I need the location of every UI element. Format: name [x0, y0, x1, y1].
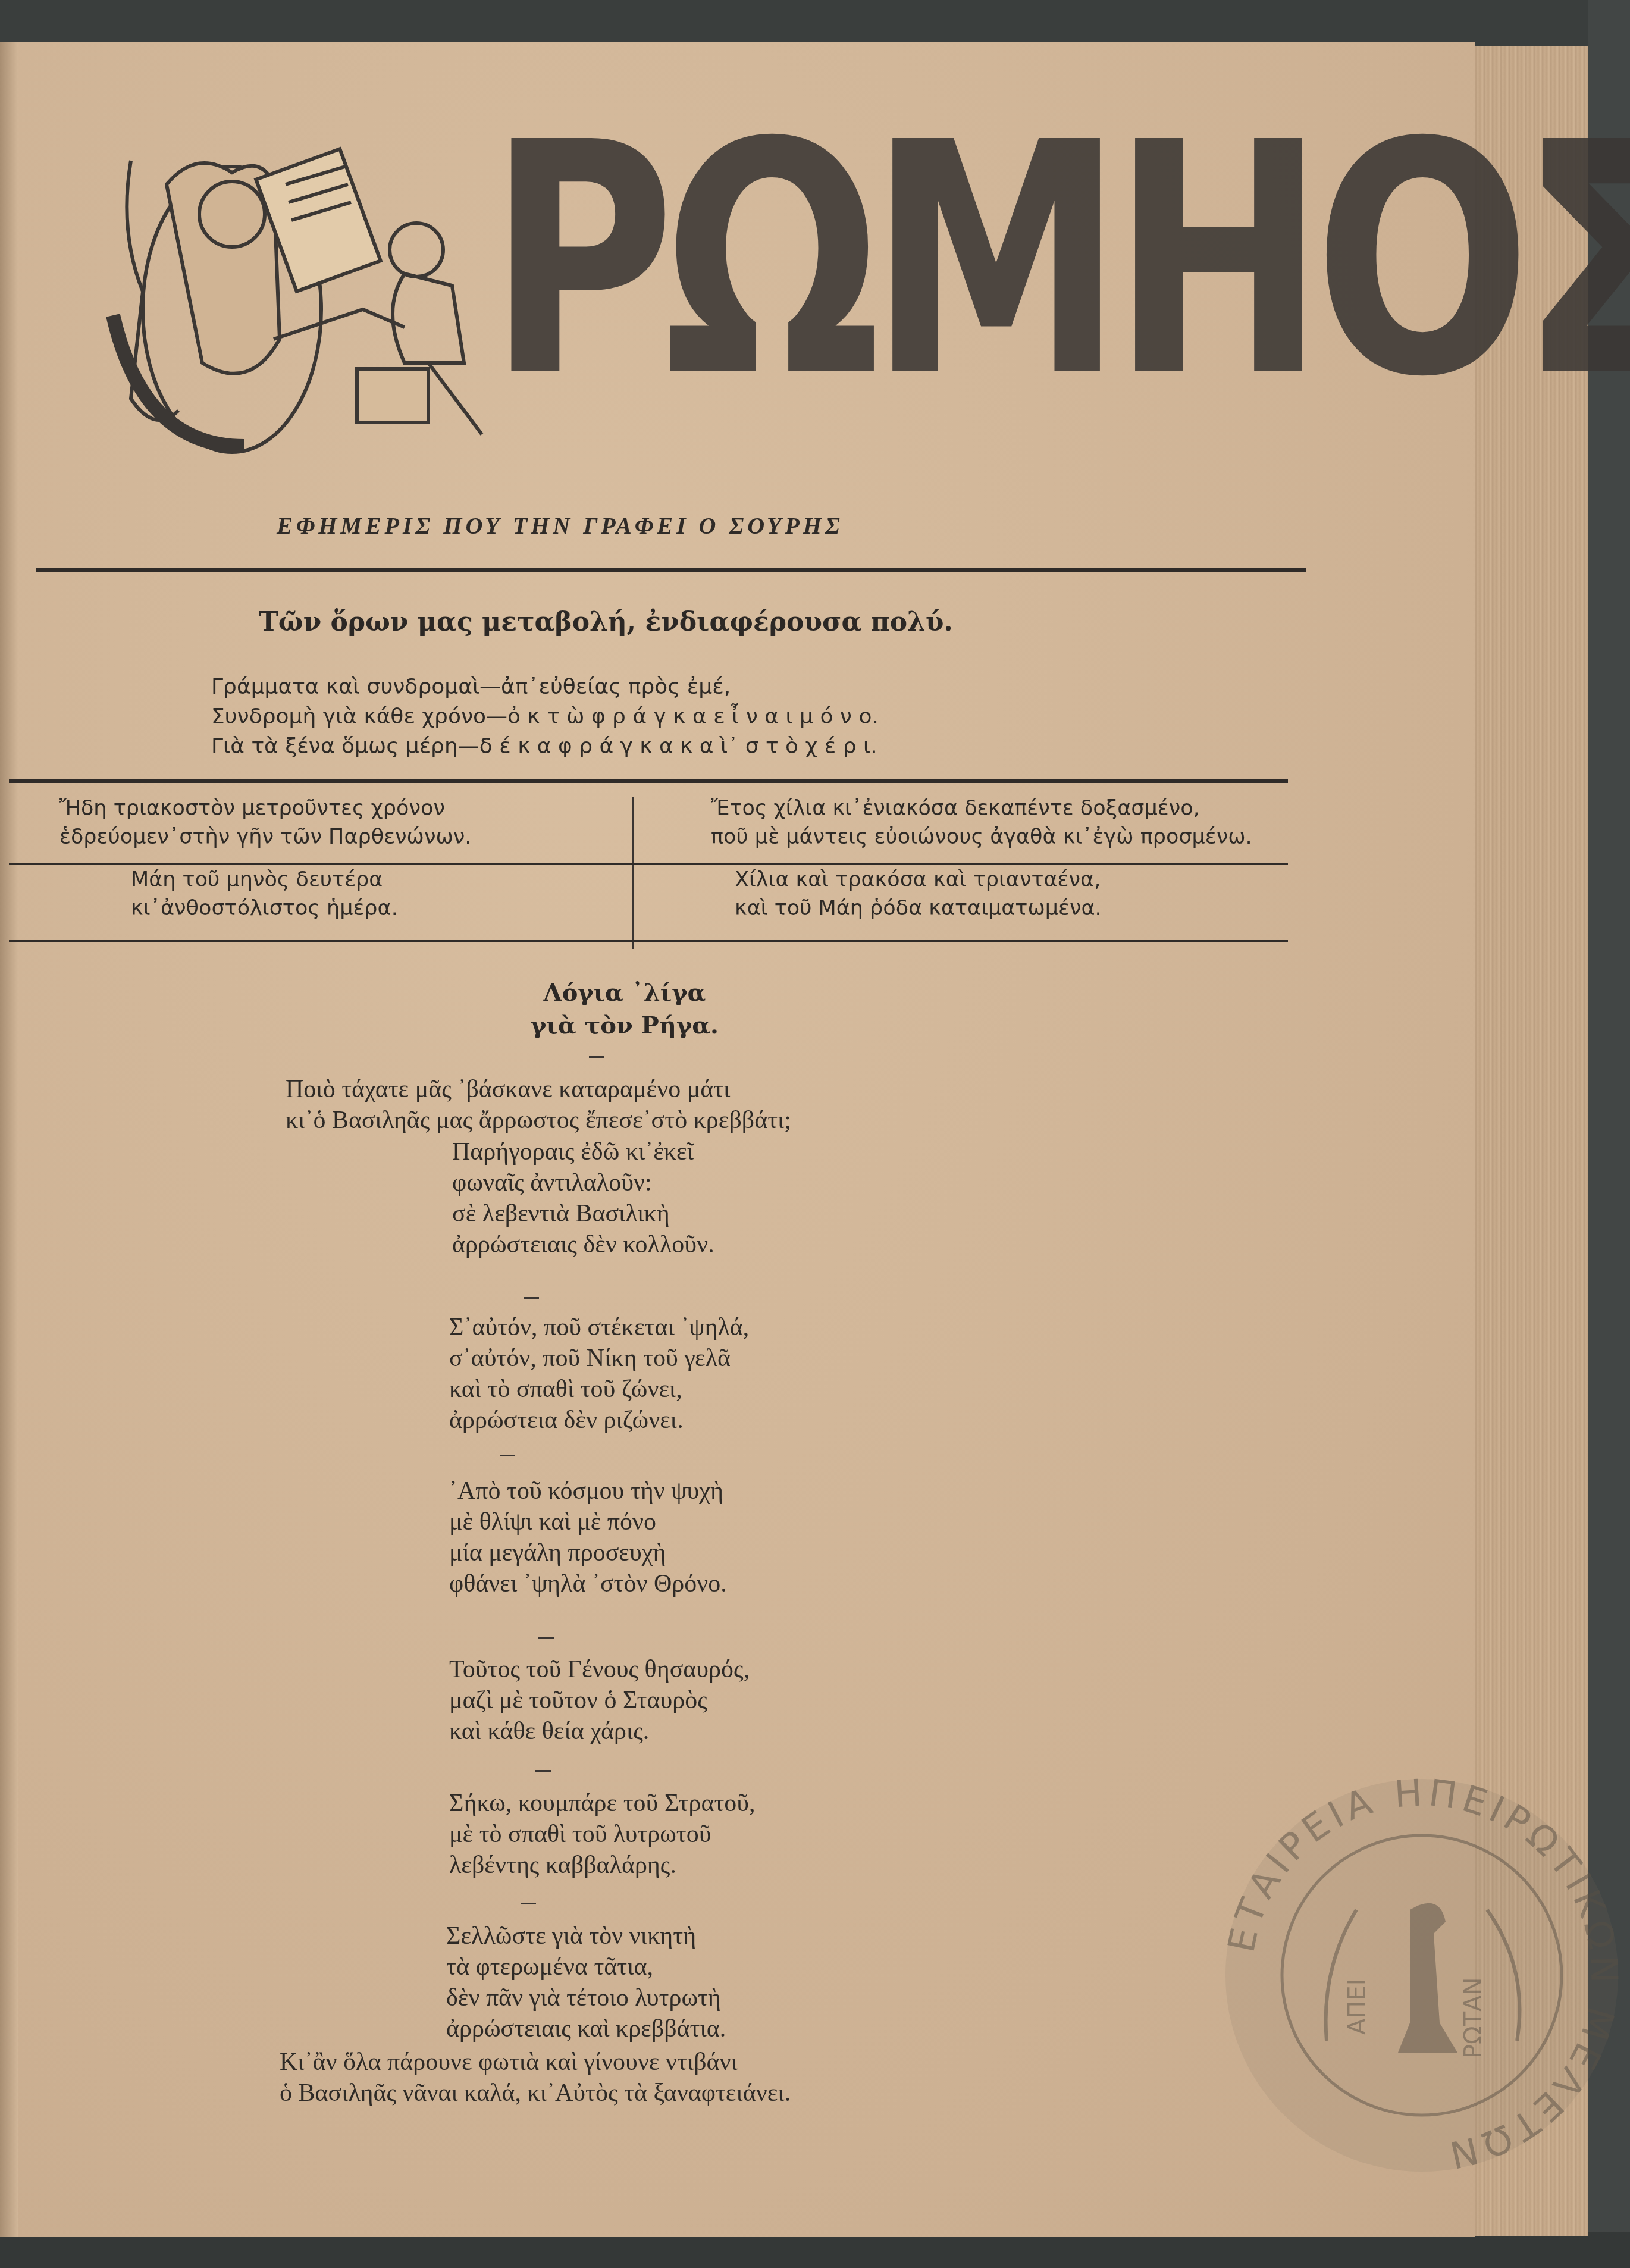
dateline-left-top: Ἤδη τριακοστὸν μετροῦντες χρόνον ἑδρεύομ…: [59, 794, 471, 851]
book-cover-top: [0, 0, 1630, 46]
masthead-rule: [36, 568, 1306, 572]
poem-closing: Κι᾽ἂν ὅλα πάρουνε φωτιὰ καὶ γίνουνε ντιβ…: [280, 2047, 791, 2109]
masthead-subtitle: ΕΦΗΜΕΡΙΣ ΠΟΥ ΤΗΝ ΓΡΑΦΕΙ Ο ΣΟΥΡΗΣ: [277, 512, 844, 540]
library-stamp-icon: ΕΤΑΙΡΕΙΑ ΗΠΕΙΡΩΤΙΚΩΝ ΜΕΛΕΤΩΝ ΑΠΕΙ ΡΩΤΑΝ: [1220, 1773, 1624, 2178]
gutter-shadow: [0, 42, 18, 2237]
poem-stanza-3: ᾽Απὸ τοῦ κόσμου τὴν ψυχὴ μὲ θλίψι καὶ μὲ…: [449, 1476, 727, 1599]
separator-dash: [538, 1637, 554, 1639]
dateline-middle-rule: [9, 863, 1288, 865]
poem-title-line2: γιὰ τὸν Ρήγα.: [0, 1008, 1249, 1043]
separator-dash: [500, 1455, 515, 1456]
poem-stanza-5: Σήκω, κουμπάρε τοῦ Στρατοῦ, μὲ τὸ σπαθὶ …: [449, 1788, 756, 1881]
terms-line: Συνδρομὴ γιὰ κάθε χρόνο—ὀ κ τ ὼ φ ρ ά γ …: [211, 702, 879, 732]
poem-stanza-2: Σ᾽αὐτόν, ποῦ στέκεται ᾽ψηλά, σ᾽αὐτόν, πο…: [449, 1312, 749, 1436]
poem-stanza-1: Παρήγοραις ἐδῶ κι᾽ἐκεῖ φωναῖς ἀντιλαλοῦν…: [452, 1136, 714, 1260]
dateline-divider: [632, 797, 634, 949]
separator-dash: [535, 1770, 551, 1772]
separator-dash: [521, 1903, 536, 1904]
masthead-title: ΡΩΜΗΟΣ: [488, 101, 1630, 421]
dateline-left-bottom: Μάη τοῦ μηνὸς δευτέρα κι᾽ἀνθοστόλιστος ἡ…: [131, 866, 398, 923]
terms-heading: Τῶν ὅρων μας μεταβολή, ἐνδιαφέρουσα πολύ…: [259, 607, 953, 637]
terms-line: Γιὰ τὰ ξένα ὅμως μέρη—δ έ κ α φ ρ ά γ κ …: [211, 732, 879, 762]
terms-lines: Γράμματα καὶ συνδρομαὶ—ἀπ᾽εὐθείας πρὸς ἐ…: [211, 672, 879, 762]
dateline-top-rule: [9, 779, 1288, 783]
svg-text:ΑΠΕΙ: ΑΠΕΙ: [1344, 1978, 1371, 2035]
dateline-bottom-rule: [9, 940, 1288, 942]
dateline-right-top: Ἔτος χίλια κι᾽ἐνιακόσα δεκαπέντε δοξασμέ…: [711, 794, 1252, 851]
separator-dash: [589, 1056, 604, 1058]
poem-title-line1: Λόγια ᾽λίγα: [0, 976, 1249, 1010]
book-cover-bottom: [0, 2232, 1630, 2268]
svg-text:ΡΩΤΑΝ: ΡΩΤΑΝ: [1460, 1978, 1487, 2059]
separator-dash: [524, 1297, 539, 1299]
poem-stanza-6: Σελλῶστε γιὰ τὸν νικητὴ τὰ φτερωμένα τᾶτ…: [446, 1921, 726, 2044]
poem-intro: Ποιὸ τάχατε μᾶς ᾽βάσκανε καταραμένο μάτι…: [286, 1074, 791, 1136]
masthead: ΡΩΜΗΟΣ: [71, 89, 1249, 482]
poem-stanza-4: Τοῦτος τοῦ Γένους θησαυρός, μαζὶ μὲ τοῦτ…: [449, 1654, 750, 1747]
terms-line: Γράμματα καὶ συνδρομαὶ—ἀπ᾽εὐθείας πρὸς ἐ…: [211, 672, 879, 702]
dateline-right-bottom: Χίλια καὶ τρακόσα καὶ τριανταένα, καὶ το…: [735, 866, 1102, 923]
